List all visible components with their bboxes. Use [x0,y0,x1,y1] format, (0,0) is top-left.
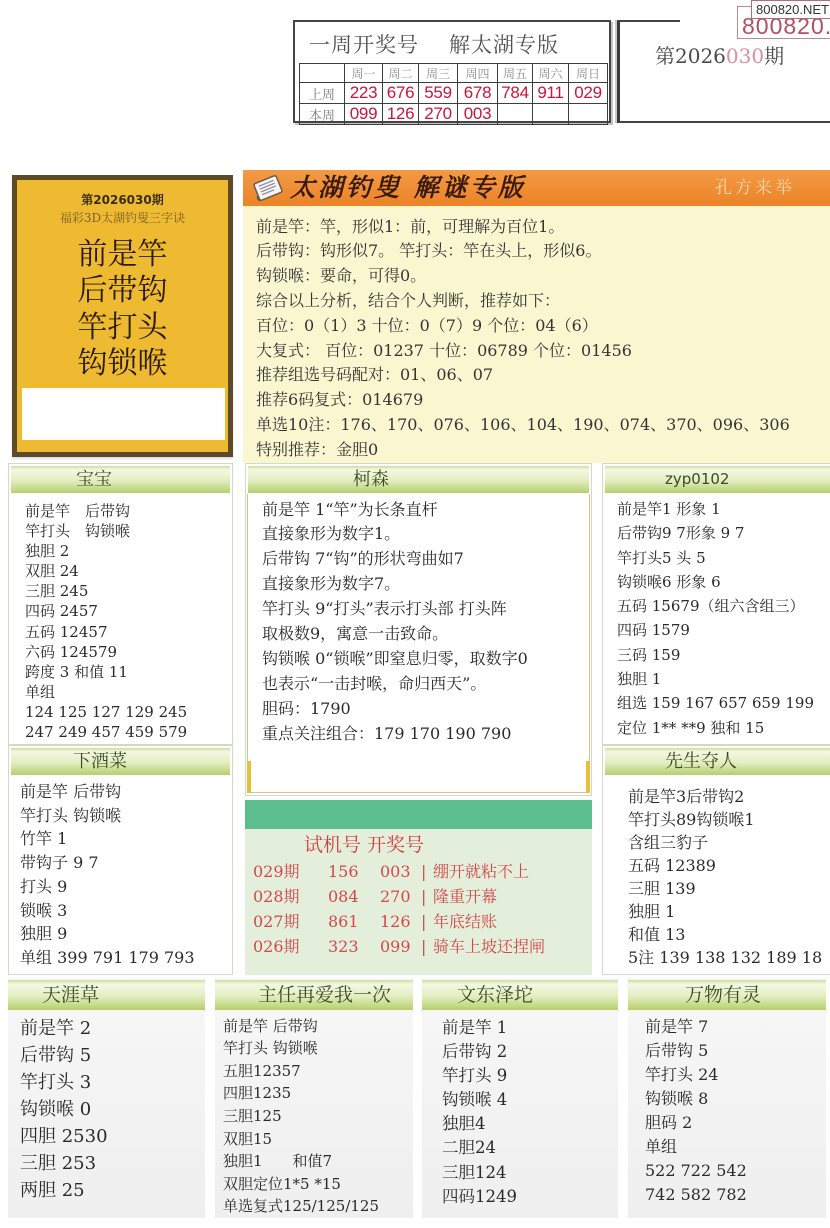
draw-value: 270 [419,104,458,125]
card-line: 前是竿 后带钩 [223,1015,379,1038]
card-line: 定位 1** **9 独和 15 [617,716,814,740]
card-line: 竿打头 9 [442,1064,517,1088]
card-line: 竿打头5 头 5 [617,546,814,570]
card-line: 竹竿 1 [20,827,195,851]
day-header: 周六 [533,64,569,83]
draw-value: 676 [383,83,419,104]
card-line: 竿打头 钩锁喉 [223,1037,379,1060]
puzzle-author: 孔方来举 [715,177,795,199]
draw-value [569,104,608,125]
card-line: 三胆 245 [25,581,187,601]
card-line: 竿打头 钩锁喉 [25,521,187,541]
poster-issue: 第2026030期 [17,192,228,208]
card-title: 天涯草 [8,980,205,1010]
day-header: 周一 [345,64,383,83]
card-line: 双胆15 [223,1128,379,1151]
card-line: 单组 [645,1135,747,1159]
issue-suffix: 期 [764,44,784,68]
card-title: 先生夺人 [605,748,830,775]
watermark-label: 800820.NET [751,0,830,19]
day-header: 周四 [458,64,498,83]
analysis-line: 后带钩：钩形似7。 竿打头：竿在头上，形似6。 [256,239,790,264]
card-line: 胆码 2 [645,1111,747,1135]
card-tianyacao: 天涯草 前是竿 2 后带钩 5 竿打头 3 钩锁喉 0 四胆 2530 三胆 2… [8,978,205,1218]
card-line: 竿打头 9“打头”表示打头部 打头阵 [262,597,528,622]
draw-value: 003 [458,104,498,125]
card-line: 四胆 2530 [20,1123,108,1150]
card-line: 四胆1235 [223,1082,379,1105]
card-line: 锁喉 3 [20,899,195,923]
card-line: 独胆 1 [628,900,822,923]
card-line: 三胆125 [223,1105,379,1128]
card-line: 后带钩 5 [645,1039,747,1063]
card-line: 五胆12357 [223,1060,379,1083]
card-line: 竿打头 3 [20,1069,108,1096]
frame-accent-right [586,761,590,793]
test-numbers-panel: 试机号 开奖号 029期 156 003 | 绷开就粘不上 028期 084 2… [245,829,592,975]
card-body: 前是竿 后带钩 竿打头 钩锁喉 竹竿 1 带钩子 9 7 打头 9 锁喉 3 独… [20,780,195,970]
card-line: 四码 2457 [25,601,187,621]
puzzle-header: 太湖钓叟 解谜专版 孔方来举 [243,170,830,206]
card-body: 前是竿 1“竿”为长条直杆 直接象形为数字1。 后带钩 7“钩”的形状弯曲如7 … [262,498,528,747]
phrase: 年底结账 [433,909,497,934]
puzzle-title: 太湖钓叟 解谜专版 [290,172,526,204]
card-line: 前是竿 2 [20,1015,108,1042]
phrase: 绷开就粘不上 [433,859,529,884]
card-line: 前是竿3后带钩2 [628,785,822,808]
card-line: 直接象形为数字7。 [262,572,528,597]
card-line: 四码1249 [442,1185,517,1209]
card-line: 单组 [25,682,187,702]
analysis-line: 特别推荐：金胆0 [256,438,790,463]
poster-blank-area [22,388,225,440]
card-line: 直接象形为数字1。 [262,522,528,547]
separator: | [421,934,426,959]
table-header-row: 周一 周二 周三 周四 周五 周六 周日 [300,64,608,83]
draw-value: 559 [419,83,458,104]
card-title: 万物有灵 [628,980,826,1010]
riddle-line: 竿打头 [17,310,228,346]
card-body: 前是竿3后带钩2 竿打头89钩锁喉1 含组三豹子 五码 12389 三胆 139… [628,785,822,969]
test-number: 323 [328,934,359,959]
weekly-title-left: 一周开奖号 [309,33,419,57]
card-title: 宝宝 [11,466,230,493]
analysis-line: 大复式： 百位：01237 十位：06789 个位：01456 [256,339,790,364]
separator: | [421,909,426,934]
card-line: 前是竿1 形象 1 [617,497,814,521]
row-label: 上周 [300,83,345,104]
card-kesen: 柯森 前是竿 1“竿”为长条直杆 直接象形为数字1。 后带钩 7“钩”的形状弯曲… [245,463,592,796]
card-wendong: 文东泽坨 前是竿 1 后带钩 2 竿打头 9 钩锁喉 4 独胆4 二胆24 三胆… [422,978,618,1218]
puzzle-analysis-panel: 前是竿：竿，形似1：前，可理解为百位1。 后带钩：钩形似7。 竿打头：竿在头上，… [243,206,830,463]
card-line: 钩锁喉 0“锁喉”即窒息归零，取数字0 [262,647,528,672]
card-line: 二胆24 [442,1136,517,1160]
draw-value [498,104,533,125]
card-line: 竿打头 24 [645,1063,747,1087]
card-line: 三码 159 [617,643,814,667]
test-number: 861 [328,909,359,934]
card-line: 前是竿 7 [645,1015,747,1039]
draw-number: 270 [380,884,411,909]
draw-value: 126 [383,104,419,125]
issue-number: 第2026030期 [655,40,784,69]
riddle-line: 钩锁喉 [17,346,228,382]
period: 029期 [253,859,300,884]
card-line: 双胆 24 [25,561,187,581]
card-line: 前是竿 后带钩 [20,780,195,804]
card-line: 单选复式125/125/125 [223,1195,379,1218]
card-wanwu: 万物有灵 前是竿 7 后带钩 5 竿打头 24 钩锁喉 8 胆码 2 单组 52… [628,978,826,1218]
phrase: 骑车上坡还捏闸 [433,934,545,959]
card-line: 钩锁喉6 形象 6 [617,570,814,594]
card-body: 前是竿 1 后带钩 2 竿打头 9 钩锁喉 4 独胆4 二胆24 三胆124 四… [442,1016,517,1209]
period: 027期 [253,909,300,934]
card-line: 取极数9，寓意一击致命。 [262,622,528,647]
analysis-line: 前是竿：竿，形似1：前，可理解为百位1。 [256,215,790,240]
frame-accent-left [247,761,251,793]
weekly-title-right: 解太湖专版 [449,33,559,57]
card-title: 下酒菜 [11,748,230,775]
card-line: 钩锁喉 0 [20,1096,108,1123]
card-line: 钩锁喉 8 [645,1087,747,1111]
phrase: 隆重开幕 [433,884,497,909]
card-zyp0102: zyp0102 前是竿1 形象 1 后带钩9 7形象 9 7 竿打头5 头 5 … [602,463,830,745]
separator: | [421,859,426,884]
table-row: 上周 223 676 559 678 784 911 029 [300,83,608,104]
analysis-line: 综合以上分析，结合个人判断，推荐如下： [256,289,790,314]
analysis-line: 单选10注：176、170、076、106、104、190、074、370、09… [256,413,790,438]
weekly-draw-panel: 一周开奖号解太湖专版 周一 周二 周三 周四 周五 周六 周日 上周 223 6… [293,20,611,123]
card-line: 后带钩 2 [442,1040,517,1064]
poster-subtitle: 福彩3D太湖钓叟三字诀 [17,210,228,226]
card-line: 5注 139 138 132 189 18 [628,946,822,969]
card-line: 单组 399 791 179 793 [20,946,195,970]
poster-riddle: 前是竿 后带钩 竿打头 钩锁喉 [17,237,228,382]
card-body: 前是竿 2 后带钩 5 竿打头 3 钩锁喉 0 四胆 2530 三胆 253 两… [20,1015,108,1204]
test-numbers-header: 试机号 开奖号 [304,834,424,856]
row-label: 本周 [300,104,345,125]
book-scroll-icon [251,173,285,203]
card-line: 六码 124579 [25,642,187,662]
card-line: 五码 12389 [628,854,822,877]
card-line: 三胆124 [442,1161,517,1185]
card-line: 竿打头 钩锁喉 [20,804,195,828]
card-line: 独胆 9 [20,922,195,946]
day-header: 周三 [419,64,458,83]
card-line: 三胆 253 [20,1150,108,1177]
card-line: 竿打头89钩锁喉1 [628,808,822,831]
test-numbers-strip [245,800,592,829]
analysis-line: 推荐组选号码配对：01、06、07 [256,363,790,388]
draw-value [533,104,569,125]
separator: | [421,884,426,909]
issue-panel-top-border [617,20,680,22]
card-line: 独胆 2 [25,541,187,561]
card-line: 四码 1579 [617,618,814,642]
card-body: 前是竿 7 后带钩 5 竿打头 24 钩锁喉 8 胆码 2 单组 522 722… [645,1015,747,1207]
card-title: zyp0102 [605,466,830,493]
card-title: 柯森 [248,466,589,493]
table-corner-cell [300,64,345,83]
card-line: 和值 13 [628,923,822,946]
weekly-draw-table: 周一 周二 周三 周四 周五 周六 周日 上周 223 676 559 678 … [299,63,608,125]
card-line: 双胆定位1*5 *15 [223,1173,379,1196]
card-line: 522 722 542 [645,1159,747,1183]
card-line: 跨度 3 和值 11 [25,662,187,682]
card-line: 后带钩9 7形象 9 7 [617,521,814,545]
card-line: 重点关注组合：179 170 190 790 [262,722,528,747]
card-line: 带钩子 9 7 [20,851,195,875]
card-line: 钩锁喉 4 [442,1088,517,1112]
card-xiajiucai: 下酒菜 前是竿 后带钩 竿打头 钩锁喉 竹竿 1 带钩子 9 7 打头 9 锁喉… [8,745,233,975]
card-line: 124 125 127 129 245 [25,702,187,722]
draw-number: 099 [380,934,411,959]
card-line: 前是竿 1 [442,1016,517,1040]
card-title: 主任再爱我一次 [215,980,413,1010]
card-line: 组选 159 167 657 659 199 [617,691,814,715]
card-body: 前是竿 后带钩 竿打头 钩锁喉 五胆12357 四胆1235 三胆125 双胆1… [223,1015,379,1218]
card-line: 两胆 25 [20,1177,108,1204]
card-line: 后带钩 5 [20,1042,108,1069]
card-line: 也表示“一击封喉，命归西天”。 [262,672,528,697]
card-line: 独胆 1 [617,667,814,691]
test-number: 156 [328,859,359,884]
draw-value: 678 [458,83,498,104]
draw-number: 126 [380,909,411,934]
riddle-line: 前是竿 [17,237,228,273]
riddle-line: 后带钩 [17,273,228,309]
period: 028期 [253,884,300,909]
card-line: 前是竿 1“竿”为长条直杆 [262,498,528,523]
draw-value: 223 [345,83,383,104]
weekly-title: 一周开奖号解太湖专版 [309,29,559,59]
card-line: 独胆4 [442,1112,517,1136]
card-line: 独胆1 和值7 [223,1150,379,1173]
card-xiansheng: 先生夺人 前是竿3后带钩2 竿打头89钩锁喉1 含组三豹子 五码 12389 三… [602,745,830,975]
card-baobao: 宝宝 前是竿 后带钩 竿打头 钩锁喉 独胆 2 双胆 24 三胆 245 四码 … [8,463,233,745]
draw-value: 099 [345,104,383,125]
card-line: 后带钩 7“钩”的形状弯曲如7 [262,547,528,572]
analysis-line: 钩锁喉：要命，可得0。 [256,264,790,289]
card-line: 打头 9 [20,875,195,899]
card-line: 742 582 782 [645,1183,747,1207]
draw-value: 029 [569,83,608,104]
draw-value: 911 [533,83,569,104]
card-zhuren: 主任再爱我一次 前是竿 后带钩 竿打头 钩锁喉 五胆12357 四胆1235 三… [215,978,413,1218]
day-header: 周二 [383,64,419,83]
card-line: 胆码：1790 [262,697,528,722]
draw-value: 784 [498,83,533,104]
table-row: 本周 099 126 270 003 [300,104,608,125]
card-title: 文东泽坨 [422,980,618,1010]
issue-highlight: 030 [726,44,764,68]
analysis-line: 推荐6码复式：014679 [256,388,790,413]
card-line: 三胆 139 [628,877,822,900]
card-line: 前是竿 后带钩 [25,501,187,521]
card-body: 前是竿 后带钩 竿打头 钩锁喉 独胆 2 双胆 24 三胆 245 四码 245… [25,501,187,742]
card-line: 五码 12457 [25,622,187,642]
day-header: 周日 [569,64,608,83]
draw-number: 003 [380,859,411,884]
issue-prefix: 第2026 [655,44,726,68]
card-body: 前是竿1 形象 1 后带钩9 7形象 9 7 竿打头5 头 5 钩锁喉6 形象 … [617,497,814,740]
test-number: 084 [328,884,359,909]
analysis-line: 百位：0（1）3 十位：0（7）9 个位：04（6） [256,314,790,339]
card-line: 247 249 457 459 579 [25,722,187,742]
analysis-text: 前是竿：竿，形似1：前，可理解为百位1。 后带钩：钩形似7。 竿打头：竿在头上，… [256,215,790,463]
riddle-poster: 第2026030期 福彩3D太湖钓叟三字诀 前是竿 后带钩 竿打头 钩锁喉 [12,175,233,457]
day-header: 周五 [498,64,533,83]
period: 026期 [253,934,300,959]
card-line: 含组三豹子 [628,831,822,854]
card-line: 五码 15679（组六含组三） [617,594,814,618]
